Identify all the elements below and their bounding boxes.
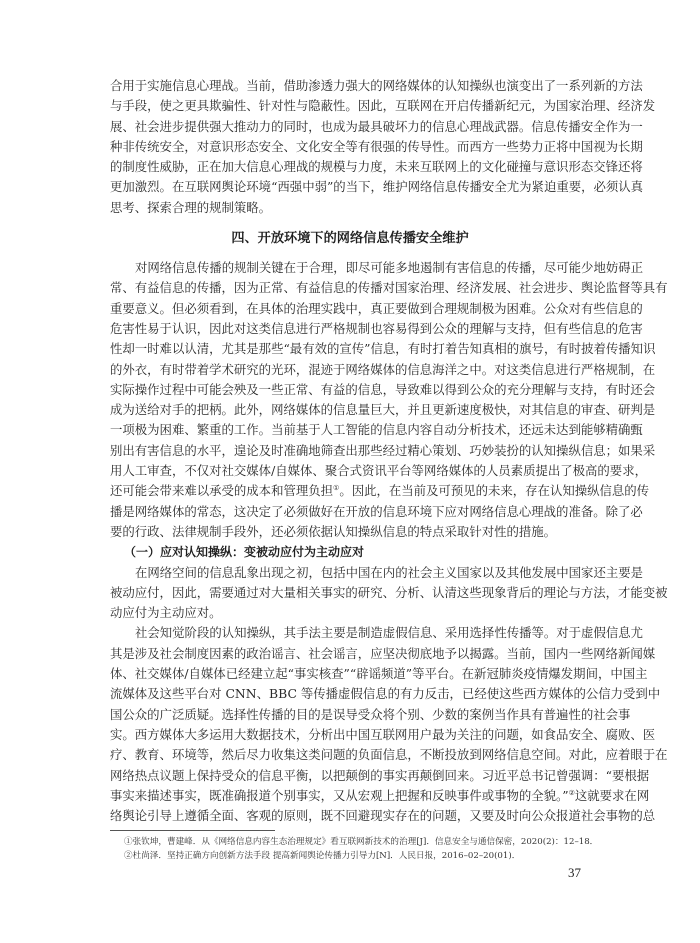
footnote-divider xyxy=(110,830,275,831)
text-line: 的外衣，有时带着学术研究的光环，混迹于网络媒体的信息海洋之中。对这类信息进行严格… xyxy=(110,360,590,380)
section-heading: 四、开放环境下的网络信息传播安全维护 xyxy=(110,229,590,249)
text-line: 动应付为主动应对。 xyxy=(110,603,590,623)
text-line: 成为送给对手的把柄。此外，网络媒体的信息量巨大，并且更新速度极快，对其信息的审查… xyxy=(110,400,590,420)
text-line: 危害性易于认识，因此对这类信息进行严格规制也容易得到公众的理解与支持，但有些信息… xyxy=(110,319,590,339)
text-line: 社会知觉阶段的认知操纵，其手法主要是制造虚假信息、采用选择性传播等。对于虚假信息… xyxy=(110,623,590,643)
text-line: 常、有益信息的传播，因为正常、有益信息的传播对国家治理、经济发展、社会进步、舆论… xyxy=(110,278,590,298)
text-line: 要的行政、法律规制手段外，还必须依据认知操纵信息的特点采取针对性的措施。 xyxy=(110,522,590,542)
page-body: 合用于实施信息心理战。当前，借助渗透力强大的网络媒体的认知操纵也演变出了一系列新… xyxy=(110,76,590,863)
text-segment: 事实来描述事实，既准确报道个别事实，又从宏观上把握和反映事件或事物的全貌。” xyxy=(110,788,569,803)
section-paragraph: 对网络信息传播的规制关键在于合理，即尽可能多地遏制有害信息的传播，尽可能少地妨碍… xyxy=(110,258,590,542)
text-line: 疗、教育、环境等，然后尽力收集这类问题的负面信息，不断投放到网络信息空间。对此，… xyxy=(110,745,590,765)
text-line: 种非传统安全，对意识形态安全、文化安全等有很强的传导性。而西方一些势力正将中国视… xyxy=(110,137,590,157)
text-line: 被动应付，因此，需要通过对大量相关事实的研究、分析、认清这些现象背后的理论与方法… xyxy=(110,583,590,603)
text-line: 对网络信息传播的规制关键在于合理，即尽可能多地遏制有害信息的传播，尽可能少地妨碍… xyxy=(110,258,590,278)
text-segment: 这就要求在网 xyxy=(575,788,649,803)
text-line: 网络热点议题上保持受众的信息平衡，以把颠倒的事实再颠倒回来。习近平总书记曾强调：… xyxy=(110,766,590,786)
text-line: 实。西方媒体大多运用大数据技术，分析出中国互联网用户最为关注的问题，如食品安全、… xyxy=(110,725,590,745)
text-line: 的制度性威胁，正在加大信息心理战的规模与力度，未来互联网上的文化碰撞与意识形态交… xyxy=(110,157,590,177)
text-segment: 。因此，在当前及可预见的未来，存在认知操纵信息的传 xyxy=(339,483,649,498)
subsection-paragraph-1: 在网络空间的信息乱象出现之初，包括中国在内的社会主义国家以及其他发展中国家还主要… xyxy=(110,563,590,624)
text-line: 别出有害信息的水平，遑论及时准确地筛查出那些经过精心策划、巧妙装扮的认知操纵信息… xyxy=(110,441,590,461)
subsection-paragraph-2: 社会知觉阶段的认知操纵，其手法主要是制造虚假信息、采用选择性传播等。对于虚假信息… xyxy=(110,623,590,826)
text-line-with-footnote: 还可能会带来难以承受的成本和管理负担①。因此，在当前及可预见的未来，存在认知操纵… xyxy=(110,481,590,501)
page-number: 37 xyxy=(568,865,581,881)
subsection-heading: （一）应对认知操纵：变被动应付为主动应对 xyxy=(110,542,590,562)
text-line: 实际操作过程中可能会殃及一些正常、有益的信息，导致难以得到公众的充分理解与支持，… xyxy=(110,380,590,400)
text-line: 一项极为困难、繁重的工作。当前基于人工智能的信息内容自动分析技术，还远未达到能够… xyxy=(110,420,590,440)
text-line: 播是网络媒体的常态，这决定了必须做好在开放的信息环境下应对网络信息心理战的准备。… xyxy=(110,502,590,522)
text-line: 展、社会进步提供强大推动力的同时，也成为最具破坏力的信息心理战武器。信息传播安全… xyxy=(110,117,590,137)
text-segment: 还可能会带来难以承受的成本和管理负担 xyxy=(110,483,333,498)
text-line: 思考、探索合理的规制策略。 xyxy=(110,198,590,218)
text-line: 在网络空间的信息乱象出现之初，包括中国在内的社会主义国家以及其他发展中国家还主要… xyxy=(110,563,590,583)
text-line: 性却一时难以认清，尤其是那些“最有效的宣传”信息，有时打着告知真相的旗号，有时披… xyxy=(110,339,590,359)
text-line: 合用于实施信息心理战。当前，借助渗透力强大的网络媒体的认知操纵也演变出了一系列新… xyxy=(110,76,590,96)
text-line-with-footnote: 事实来描述事实，既准确报道个别事实，又从宏观上把握和反映事件或事物的全貌。”②这… xyxy=(110,786,590,806)
footnote-2: ②杜尚泽．坚持正确方向创新方法手段 提高新闻舆论传播力引导力[N]．人民日报，2… xyxy=(110,849,590,863)
footnotes: ①张钦坤，曹建峰．从《网络信息内容生态治理规定》看互联网新技术的治理[J]．信息… xyxy=(110,835,590,863)
text-line: 用人工审查，不仅对社交媒体/自媒体、聚合式资讯平台等网络媒体的人员素质提出了极高… xyxy=(110,461,590,481)
text-line: 重要意义。但必须看到，在具体的治理实践中，真正要做到合理规制极为困难。公众对有些… xyxy=(110,299,590,319)
text-line: 国公众的广泛质疑。选择性传播的目的是误导受众将个别、少数的案例当作具有普遍性的社… xyxy=(110,705,590,725)
text-line: 体、社交媒体/自媒体已经建立起“事实核查”“辟谣频道”等平台。在新冠肺炎疫情爆发… xyxy=(110,664,590,684)
intro-paragraph: 合用于实施信息心理战。当前，借助渗透力强大的网络媒体的认知操纵也演变出了一系列新… xyxy=(110,76,590,218)
text-line: 更加激烈。在互联网舆论环境“西强中弱”的当下，维护网络信息传播安全尤为紧迫重要，… xyxy=(110,177,590,197)
footnote-1: ①张钦坤，曹建峰．从《网络信息内容生态治理规定》看互联网新技术的治理[J]．信息… xyxy=(110,835,590,849)
text-line: 络舆论引导上遵循全面、客观的原则，既不回避现实存在的问题，又要及时向公众报道社会… xyxy=(110,806,590,826)
text-line: 与手段，使之更具欺骗性、针对性与隐蔽性。因此，互联网在开启传播新纪元，为国家治理… xyxy=(110,96,590,116)
text-line: 流媒体及这些平台对 CNN、BBC 等传播虚假信息的有力反击，已经使这些西方媒体… xyxy=(110,684,590,704)
text-line: 其是涉及社会制度因素的政治谣言、社会谣言，应坚决彻底地予以揭露。当前，国内一些网… xyxy=(110,644,590,664)
